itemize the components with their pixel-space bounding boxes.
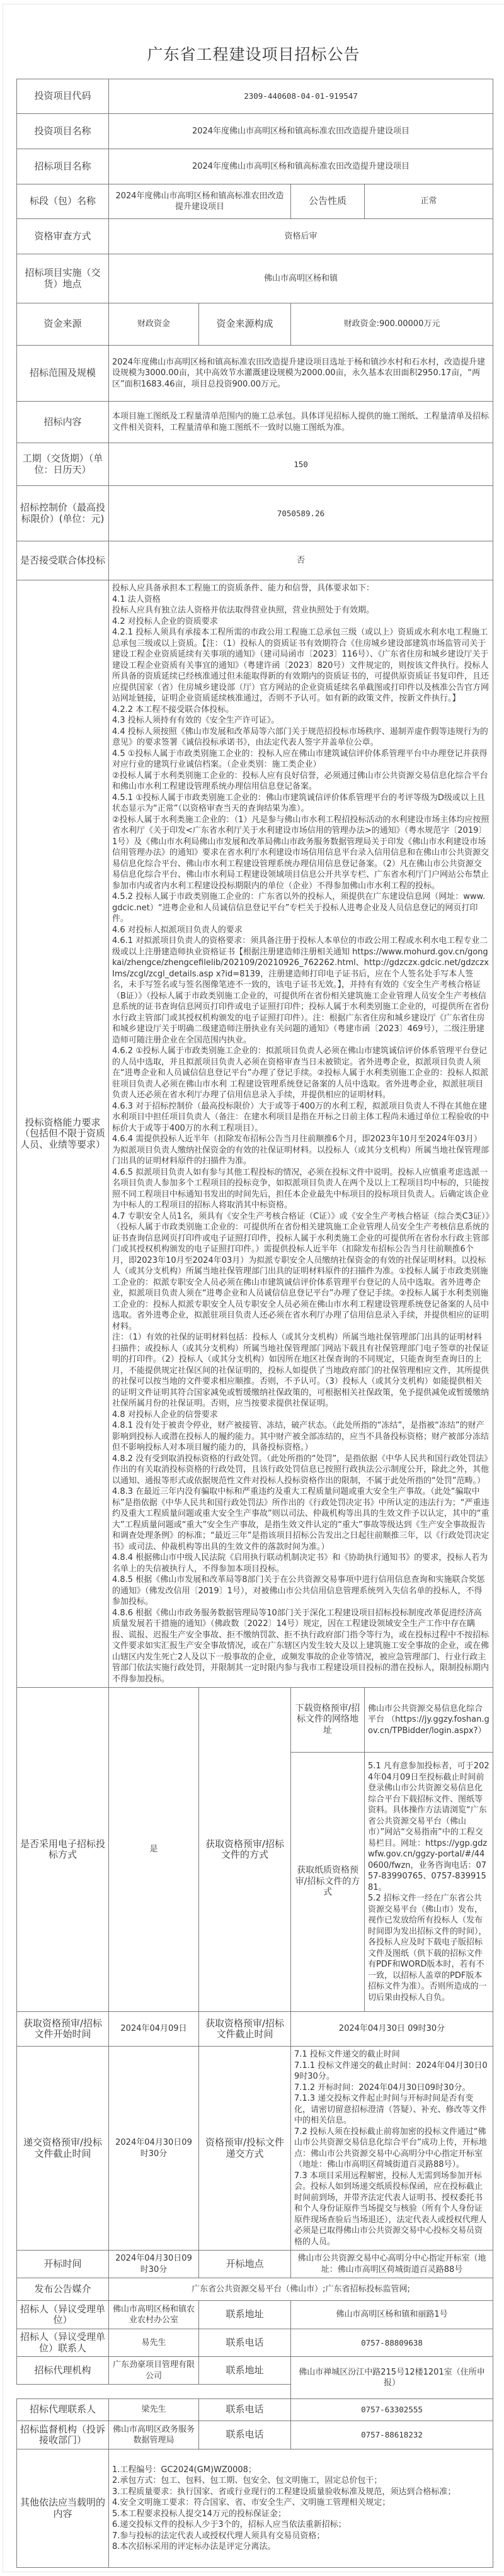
label-doc-method: 获取资格预审/招标文件的方式	[199, 1688, 291, 2012]
label-electronic: 是否采用电子招标投标方式	[17, 1688, 109, 2012]
value-control-price: 7050589.26	[109, 486, 493, 541]
label-opening-place: 开标地点	[199, 2251, 291, 2278]
row-investment-name: 投资项目名称 2024年度佛山市高明区杨和镇高标准农田改造提升建设项目	[17, 114, 493, 149]
label-doc-end: 获取资格预审/招标文件截止时间	[199, 2012, 291, 2047]
qualification-paragraph: 4.6.5 拟派项目负责人如有参与其他工程投标的情况，必须在投标文件中说明。投标…	[112, 1167, 490, 1211]
value-doc-end: 2024年04月30日 09时30分	[291, 2012, 493, 2047]
qualification-paragraph: 注：（1）有效的社保的证明材料包括：投标人（或其分支机构）所属当地社保管理部门出…	[112, 1332, 490, 1409]
qualification-paragraph: 4.5 ①投标人属于市政类别施工企业的：投标人应在佛山市建筑诚信评价体系管理平台…	[112, 749, 490, 771]
row-review-method: 资格审查方式 资格后审	[17, 219, 493, 254]
label-investment-name: 投资项目名称	[17, 114, 109, 149]
label-qualification: 投标资格能力要求（包括但不限于资质人员、业绩等要求）	[17, 580, 109, 1688]
value-supervision-phone: 0757-88618232	[291, 2421, 493, 2449]
qualification-paragraph: 投标人应具有独立法人资格并依法取得营业执照，营业执照处于有效期。	[112, 605, 490, 616]
value-doc-start: 2024年04月09日	[109, 2012, 199, 2047]
label-opening-time: 开标时间	[17, 2251, 109, 2278]
value-agency-address: 佛山市禅城区汾江中路215号12楼1201室（住所申报）	[291, 2357, 493, 2399]
row-submission: 递交资格预审/投标文件截止时间 2024年04月30日09时30分 资格预审/投…	[17, 2047, 493, 2251]
label-other: 其他依法应当载明的内容	[17, 2449, 109, 2568]
value-scope: 2024年度佛山市高明区杨和镇高标准农田改造提升建设项目选址于杨和镇沙水村和石水…	[109, 346, 493, 402]
label-section-name: 标段（包）名称	[17, 184, 109, 219]
qualification-paragraphs: 投标人应具备承担本工程施工的资质条件、能力和信誉，具体要求如下：4.1 法人资格…	[112, 583, 490, 1685]
value-tenderer: 佛山市高明区杨和镇农业农村办公室	[109, 2301, 199, 2329]
label-duration: 工期（交货期）（单位：日历天）	[17, 443, 109, 486]
value-notice-nature: 正常	[365, 184, 493, 219]
label-review-method: 资格审查方式	[17, 219, 109, 254]
qualification-paragraph: ②投标人属于水利类别施工企业的：投标人应有良好信誉，必须通过佛山市公共资源交易信…	[112, 771, 490, 793]
label-doc-start: 获取资格预审/招标文件开始时间	[17, 2012, 109, 2047]
label-agency-address: 联系地址	[199, 2357, 291, 2385]
value-download-address[interactable]: 佛山市公共资源交易信息化综合平台 （https://jy.ggzy.foshan…	[365, 1688, 493, 1753]
value-other: 1.工程编号：GC2024(GM)WZ0008； 2.承包方式：包工、包料、包工…	[109, 2449, 493, 2568]
row-agency: 招标代理机构 广东劲豪项目管理有限公司 联系地址 佛山市禅城区汾江中路215号1…	[17, 2357, 493, 2385]
value-tenderer-contact: 易先生	[109, 2329, 199, 2357]
qualification-paragraph: 4.8.1 没有处于被责令停业，财产被接管、冻结，破产状态。（此处所指的“冻结”…	[112, 1420, 490, 1454]
label-agency: 招标代理机构	[17, 2357, 109, 2385]
qualification-paragraph: 4.6.4 需提供投标人近半年（扣除发布招标公告当月往前顺推6个月，即2023年…	[112, 1134, 490, 1167]
notice-page: 广东省工程建设项目招标公告 投资项目代码 2309-440608-04-01-9…	[3, 4, 504, 2572]
row-scope: 招标范围及规模 2024年度佛山市高明区杨和镇高标准农田改造提升建设项目选址于杨…	[17, 346, 493, 402]
value-electronic: 是	[109, 1688, 199, 2012]
label-joint-bid: 是否接受联合体投标	[17, 541, 109, 580]
row-tenderer-contact: 招标人（异议受理单位）联系人 易先生 联系电话 0757-88809638	[17, 2329, 493, 2357]
label-supervision-phone: 联系电话	[199, 2421, 291, 2449]
value-opening-place: 佛山市公共资源交易中心高明分中心指定开标室（地址：佛山市高明区荷城街道百灵路88…	[291, 2251, 493, 2278]
label-tender-project-name: 招标项目名称	[17, 149, 109, 184]
qualification-paragraph: 4.6.2 ①投标人属于市政类别施工企业的：拟派项目负责人必须在佛山市建筑诚信评…	[112, 1046, 490, 1101]
row-other: 其他依法应当载明的内容 1.工程编号：GC2024(GM)WZ0008； 2.承…	[17, 2449, 493, 2568]
row-tender-project-name: 招标项目名称 2024年度佛山市高明区杨和镇高标准农田改造提升建设项目	[17, 149, 493, 184]
value-opening-time: 2024年04月30日09时30分	[109, 2251, 199, 2278]
row-doc-time: 获取资格预审/招标文件开始时间 2024年04月09日 获取资格预审/招标文件截…	[17, 2012, 493, 2047]
notice-table: 投资项目代码 2309-440608-04-01-919547 投资项目名称 2…	[16, 79, 493, 2568]
label-location: 招标项目实施（交货）地点	[17, 254, 109, 303]
spacer	[17, 2385, 291, 2399]
label-funding-composition: 资金来源构成	[199, 303, 291, 346]
qualification-paragraph: 4.4 投标人须按照《佛山市发展和改革局等六部门关于规范招投标市场秩序、遏制弄虚…	[112, 726, 490, 749]
value-section-name: 2024年度佛山市高明区杨和镇高标准农田改造提升建设项目	[109, 184, 291, 219]
row-tenderer: 招标人（异议受理单位） 佛山市高明区杨和镇农业农村办公室 联系地址 佛山市高明区…	[17, 2301, 493, 2329]
label-tenderer: 招标人（异议受理单位）	[17, 2301, 109, 2329]
value-location: 佛山市高明区杨和镇	[109, 254, 493, 303]
label-scope: 招标范围及规模	[17, 346, 109, 402]
label-investment-code: 投资项目代码	[17, 79, 109, 114]
qualification-paragraph: 4.5.1 ①投标人属于市政类别施工企业的：佛山市建筑诚信评价体系管理平台的考评…	[112, 793, 490, 815]
label-supervision: 招标监督机构（投诉接收部门）	[17, 2421, 109, 2449]
qualification-paragraph: 4.8.4 根据佛山市中级人民法院《启用执行联动机制决定书》和《协助执行通知书》…	[112, 1552, 490, 1574]
label-download-address: 下载资格预审/招标文件的网络地址	[291, 1688, 365, 1753]
value-paper-method: 5.1 凡有意参加投标者，可于2024年04月09日至投标截止时间前登录佛山市公…	[365, 1753, 493, 2012]
row-media: 发布公告媒介 广东省公共资源交易平台（佛山市）;广东省招标投标监管网;	[17, 2278, 493, 2301]
label-agency-contact: 招标代理联系人	[17, 2399, 109, 2421]
qualification-paragraph: 4.5.2 投标人属于市政类别施工企业的：广东省以外的投标人，须提供在广东建设信…	[112, 891, 490, 925]
page-title: 广东省工程建设项目招标公告	[3, 4, 504, 79]
qualification-paragraph: 4.2.1 投标人须具有承接本工程所需的市政公用工程施工总承包三级（或以上）资质…	[112, 627, 490, 704]
value-submission-method: 7.1 投标文件递交的截止时间 7.1.1 投标文件递交的截止时间：2024年0…	[291, 2047, 493, 2251]
label-tenderer-phone: 联系电话	[199, 2329, 291, 2357]
label-control-price: 招标控制价（最高投标限价）(单位：元)	[17, 486, 109, 541]
qualification-paragraph: 4.3 投标人须持有有效的《安全生产许可证》。	[112, 715, 490, 726]
value-funding-source: 财政资金	[109, 303, 199, 346]
value-content: 本项目施工图纸及工程量清单范围内的施工总承包。具体详见招标人提供的施工图纸、工程…	[109, 402, 493, 443]
qualification-paragraph: 4.1 法人资格	[112, 594, 490, 606]
value-submission-deadline: 2024年04月30日09时30分	[109, 2047, 199, 2251]
row-content: 招标内容 本项目施工图纸及工程量清单范围内的施工总承包。具体详见招标人提供的施工…	[17, 402, 493, 443]
value-qualification: 投标人应具备承担本工程施工的资质条件、能力和信誉，具体要求如下：4.1 法人资格…	[109, 580, 493, 1688]
value-duration: 150	[109, 443, 493, 486]
label-agency-phone: 联系电话	[199, 2399, 291, 2421]
label-submission-method: 资格预审/投标文件递交方式	[199, 2047, 291, 2251]
row-agency-contact: 招标代理联系人 梁先生 联系电话 0757-63302555	[17, 2399, 493, 2421]
label-media: 发布公告媒介	[17, 2278, 109, 2301]
value-tender-project-name: 2024年度佛山市高明区杨和镇高标准农田改造提升建设项目	[109, 149, 493, 184]
value-supervision: 佛山市高明区政务服务数据管理局	[109, 2421, 199, 2449]
row-location: 招标项目实施（交货）地点 佛山市高明区杨和镇	[17, 254, 493, 303]
label-paper-method: 获取纸质资格预审/招标文件的方式	[291, 1753, 365, 2012]
row-duration: 工期（交货期）（单位：日历天） 150	[17, 443, 493, 486]
qualification-paragraph: 投标人应具备承担本工程施工的资质条件、能力和信誉，具体要求如下：	[112, 583, 490, 594]
qualification-paragraph: 4.7 专职安全人员1名，须具有《安全生产考核合格证（C证）》或《安全生产考核合…	[112, 1211, 490, 1333]
value-investment-name: 2024年度佛山市高明区杨和镇高标准农田改造提升建设项目	[109, 114, 493, 149]
row-control-price: 招标控制价（最高投标限价）(单位：元) 7050589.26	[17, 486, 493, 541]
qualification-paragraph: 4.8.6 根据《佛山市政务服务数据管理局等10部门关于深化工程建设项目招标投标…	[112, 1608, 490, 1685]
value-tenderer-address: 佛山市高明区杨和镇和丽路1号	[291, 2301, 493, 2329]
row-supervision: 招标监督机构（投诉接收部门） 佛山市高明区政务服务数据管理局 联系电话 0757…	[17, 2421, 493, 2449]
row-qualification: 投标资格能力要求（包括但不限于资质人员、业绩等要求） 投标人应具备承担本工程施工…	[17, 580, 493, 1688]
qualification-paragraph: 4.8.2 没有受到取消投标资格的行政处罚。（此处所指的“处罚”，是指依据《中华…	[112, 1454, 490, 1487]
qualification-paragraph: 4.6.3 对于招标控制价（最高投标限价）大于或等于400万的水利工程，拟派项目…	[112, 1101, 490, 1134]
qualification-paragraph: 4.6 对投标人拟派项目负责人的要求	[112, 925, 490, 936]
value-joint-bid: 否	[109, 541, 493, 580]
value-agency-contact: 梁先生	[109, 2399, 199, 2421]
label-content: 招标内容	[17, 402, 109, 443]
value-agency: 广东劲豪项目管理有限公司	[109, 2357, 199, 2385]
qualification-paragraph: 4.8.5 根据《佛山市发展和改革局等8部门关于在公共资源交易事项中进行信用信息…	[112, 1574, 490, 1608]
row-funding: 资金来源 财政资金 资金来源构成 财政资金:900.00000万元	[17, 303, 493, 346]
label-funding-source: 资金来源	[17, 303, 109, 346]
qualification-paragraph: 4.2.2 本工程不接受联合体投标。	[112, 704, 490, 716]
qualification-paragraph: 4.8 对投标人企业的信誉要求	[112, 1409, 490, 1421]
row-investment-code: 投资项目代码 2309-440608-04-01-919547	[17, 79, 493, 114]
qualification-paragraph: ②投标人属于水利类施工企业的：（1）凡是参与佛山市水利工程招投标活动的水利建设市…	[112, 815, 490, 892]
qualification-paragraph: 4.2 对投标人企业的资质要求	[112, 616, 490, 628]
value-tenderer-phone: 0757-88809638	[291, 2329, 493, 2357]
row-section-name: 标段（包）名称 2024年度佛山市高明区杨和镇高标准农田改造提升建设项目 公告性…	[17, 184, 493, 219]
row-joint-bid: 是否接受联合体投标 否	[17, 541, 493, 580]
label-notice-nature: 公告性质	[291, 184, 365, 219]
label-tenderer-contact: 招标人（异议受理单位）联系人	[17, 2329, 109, 2357]
label-submission-deadline: 递交资格预审/投标文件截止时间	[17, 2047, 109, 2251]
value-funding-composition: 财政资金:900.00000万元	[291, 303, 493, 346]
row-electronic-download: 是否采用电子招标投标方式 是 获取资格预审/招标文件的方式 下载资格预审/招标文…	[17, 1688, 493, 1753]
value-investment-code: 2309-440608-04-01-919547	[109, 79, 493, 114]
row-opening: 开标时间 2024年04月30日09时30分 开标地点 佛山市公共资源交易中心高…	[17, 2251, 493, 2278]
value-review-method: 资格后审	[109, 219, 493, 254]
value-agency-phone: 0757-63302555	[291, 2399, 493, 2421]
value-media: 广东省公共资源交易平台（佛山市）;广东省招标投标监管网;	[109, 2278, 493, 2301]
label-tenderer-address: 联系地址	[199, 2301, 291, 2329]
qualification-paragraph: 4.8.3 在最近三年内没有骗取中标和严重违约及重大工程质量问题或重大安全生产事…	[112, 1486, 490, 1552]
qualification-paragraph: 4.6.1 对拟派项目负责人的资格要求：须具备注册于投标人本单位的市政公用工程或…	[112, 935, 490, 1046]
